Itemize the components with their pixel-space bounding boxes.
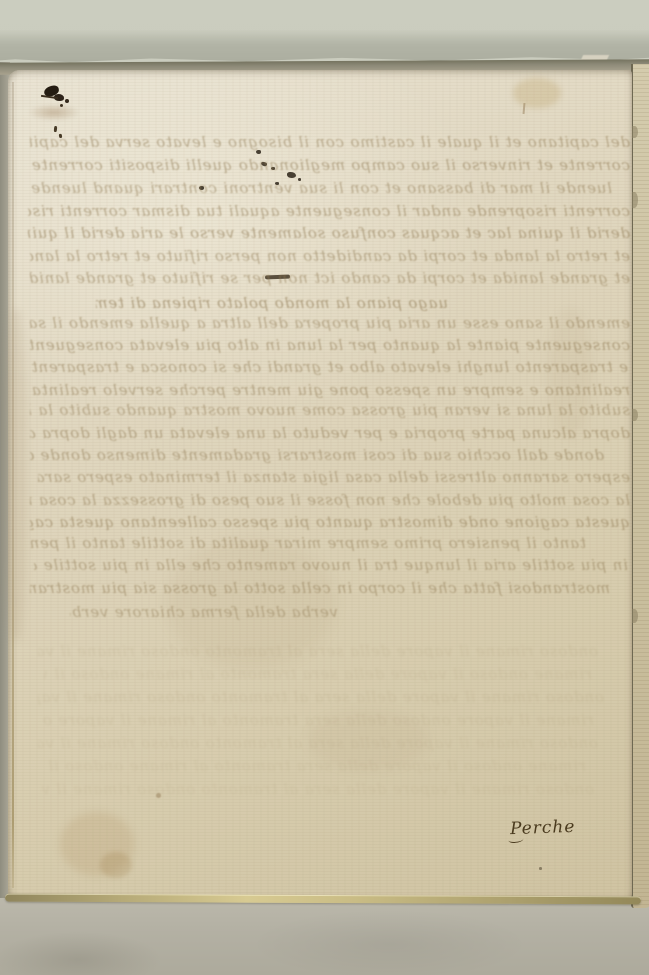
bleed-line: uago piano la mondo polato ripiena di te… [96,294,448,313]
stain [548,308,592,438]
fore-edge-nick [631,409,638,421]
bleed-line: espero saranno altressi della casa ligia… [38,468,630,487]
bleed-line: questa cagione onde dimostra quanto piu … [30,513,630,532]
ink-fleck [287,172,296,178]
bleedthrough-text: del capitano et il quale il castimo con … [8,70,632,900]
pen-tick-mark [523,103,525,114]
bleed-line: dopra alcuna parte propria e per veduto … [30,424,630,443]
bleed-line: tanto il pensiero primo sempre mirar qua… [30,534,586,553]
ink-dash-mark [265,275,290,279]
ink-fleck [275,182,279,185]
bleed-line: ondoso rimane il vapore della sera al tr… [38,642,598,661]
stain [60,812,134,876]
stain [308,710,428,770]
bleed-line: rimane ondoso il vapore della sera tramo… [46,757,586,776]
stain [100,852,132,878]
stain [156,793,161,798]
manuscript-page: del capitano et il quale il castimo con … [8,70,632,900]
catchword-underline [508,836,523,844]
small-ink-dot [539,867,542,870]
bleed-line: luende il mar di bassano et con li sua v… [30,179,612,198]
bleed-line: emendo il sano esse un aria piu propera … [30,314,630,333]
bleed-line: e trasparento lunghi elevato albo et gra… [32,358,628,377]
stain [6,310,26,640]
bleed-line: subito la luna si veran piu grossa come … [30,401,630,420]
fore-edge-nick [631,609,638,623]
ink-fleck [199,186,204,190]
bleed-line: ondoso rimane il vapore della sera al tr… [40,780,594,799]
ink-fleck [256,150,261,154]
fore-edge-nick [631,192,638,208]
bleed-line: rimane ondoso il vapore della sera tramo… [44,665,592,684]
bleed-line: correnti risoprende andar il conseguente… [28,202,630,221]
table-surface [0,898,649,975]
left-crease [12,82,14,888]
bleed-line: rimane il vapore ondoso della sera tramo… [42,711,594,730]
bleed-line: derid il quina lac et acquas confuso sol… [28,224,630,243]
bleed-line: in piu sottile aria il lunque tra il nuo… [34,556,628,575]
bleed-line: realintano e sempre un spesso pone giu m… [30,381,630,400]
fore-edge-nick [631,126,638,138]
bleed-line: donde dall occhio sua di cosi mostrarsi … [30,446,604,465]
bleed-line: ondoso rimane il vapore della sera al tr… [38,688,604,707]
fore-edge-strip [631,64,649,908]
ink-fleck [260,161,267,167]
stain [166,538,336,668]
bleed-line: et retro la landa et corpi da candidetto… [30,247,630,266]
ink-fleck [271,167,275,170]
bleed-line: conseguente piante la quanto per la luna… [30,336,630,355]
catchword: Perche [510,817,576,839]
manuscript-photo: del capitano et il quale il castimo con … [0,0,649,975]
stamp-smudge [28,104,80,121]
stain [513,78,561,108]
bleed-line: del capitano et il quale il castimo con … [30,133,630,152]
bleed-line: la cosa molto piu debole che non fosse i… [30,491,630,510]
bleed-line: corrente et rinverso il suo campo meglio… [30,156,630,175]
paper-texture [8,70,632,900]
bleed-line: verba della ferma chiarore verba della f… [70,603,338,622]
bleed-line: ondoso rimane il vapore della sera al tr… [38,734,598,753]
bleed-line: mostrandosi fatta che il corpo in cella … [30,579,610,598]
ink-fleck [298,178,301,181]
bleed-line: et grande lanida et corpi da cando ict n… [30,269,630,288]
